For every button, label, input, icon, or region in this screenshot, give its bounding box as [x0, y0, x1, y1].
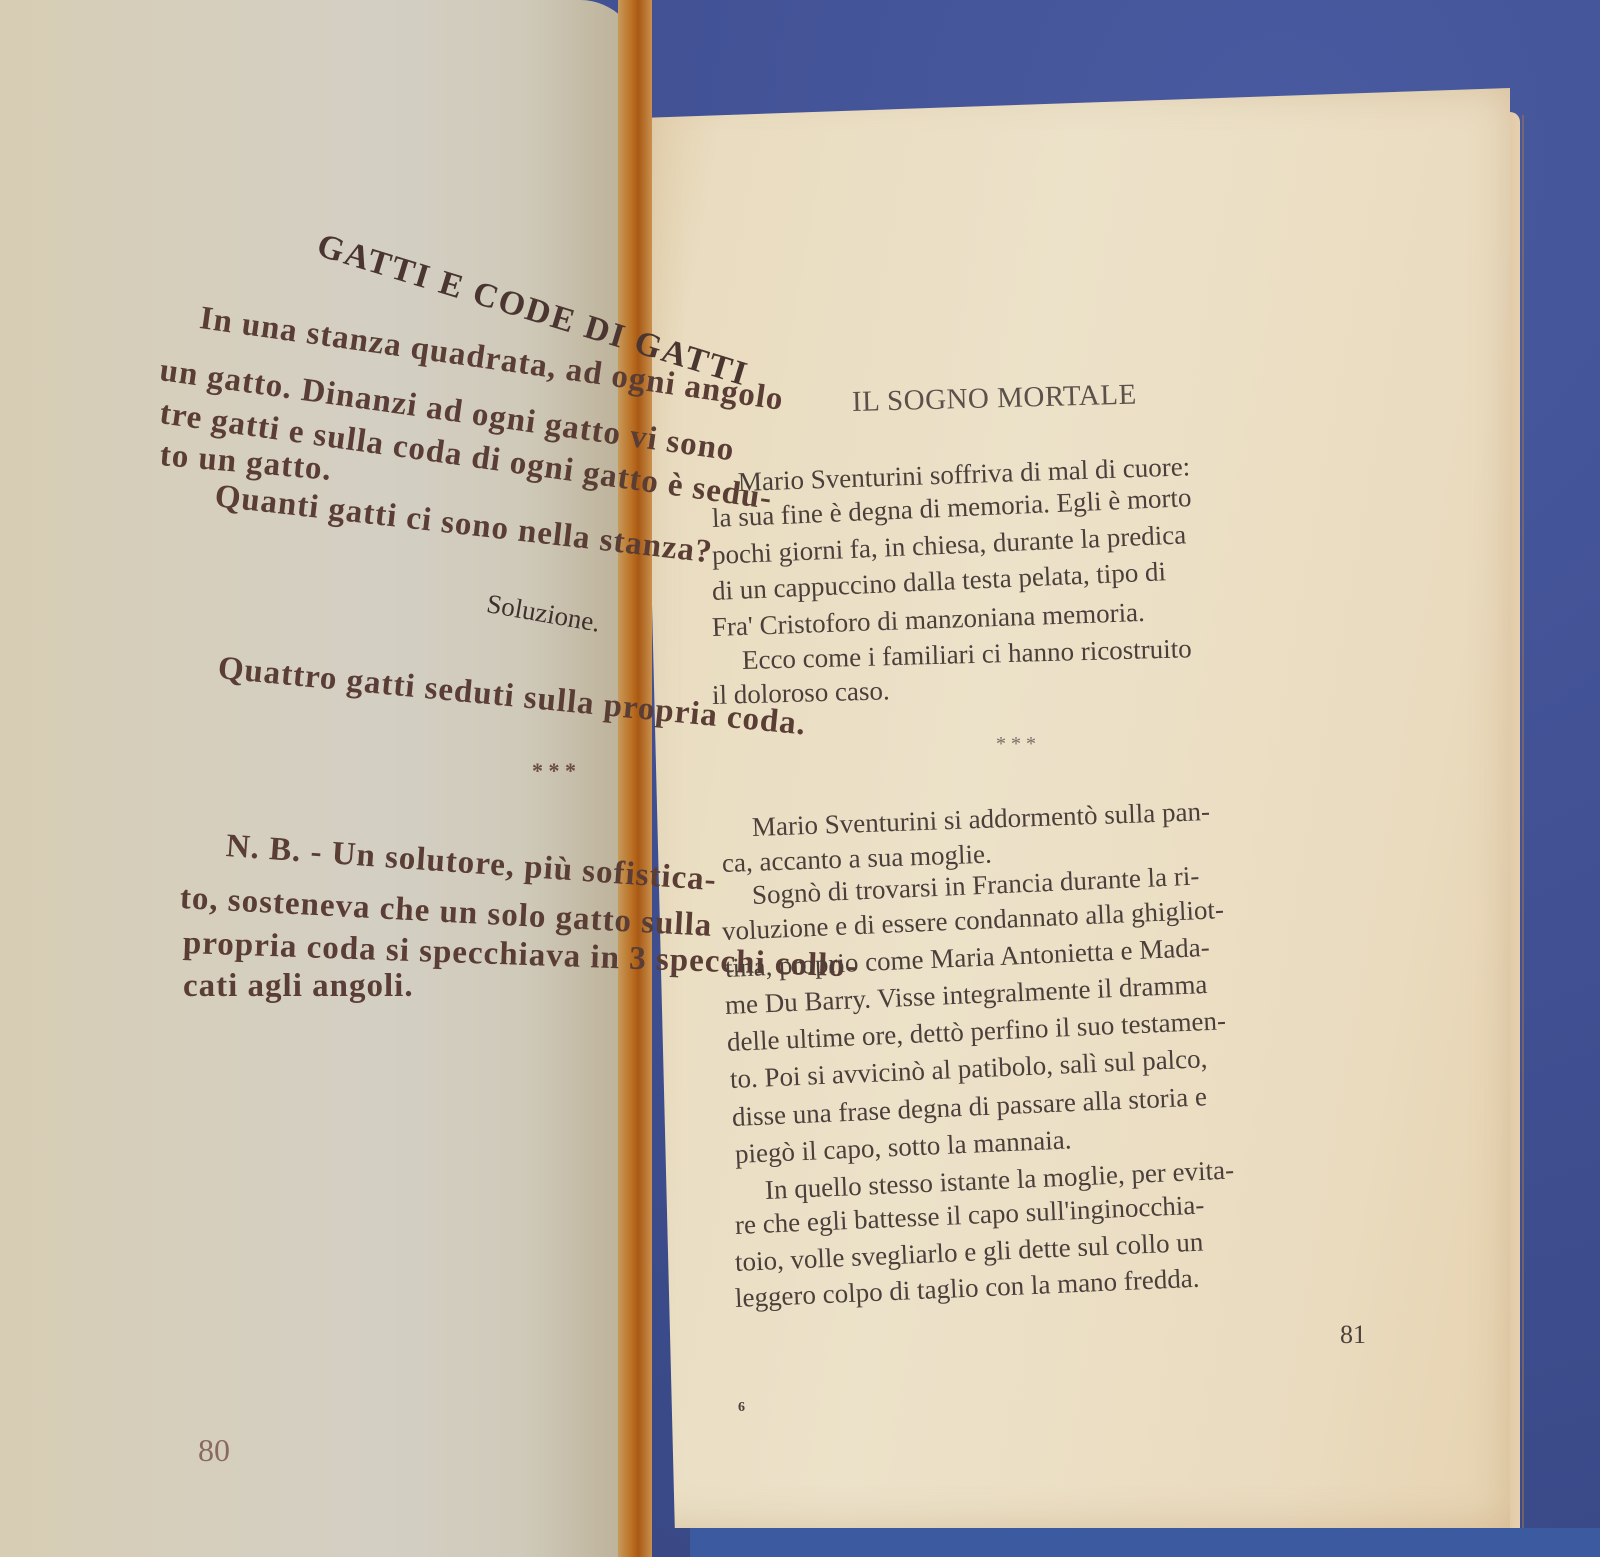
left-separator: * * *	[532, 758, 576, 784]
book-gutter	[618, 0, 652, 1557]
right-page-number: 81	[1340, 1320, 1366, 1350]
note-line: cati agli angoli.	[183, 968, 414, 1005]
photo-scene: GATTI E CODE DI GATTI In una stanza quad…	[0, 0, 1600, 1557]
page-edge-line	[1522, 115, 1524, 1535]
signature-mark: 6	[738, 1400, 745, 1416]
right-text-line: il doloroso caso.	[712, 675, 890, 711]
cloth-bottom-strip	[690, 1528, 1600, 1557]
left-page-number: 80	[198, 1432, 230, 1469]
right-separator: * * *	[996, 733, 1036, 756]
